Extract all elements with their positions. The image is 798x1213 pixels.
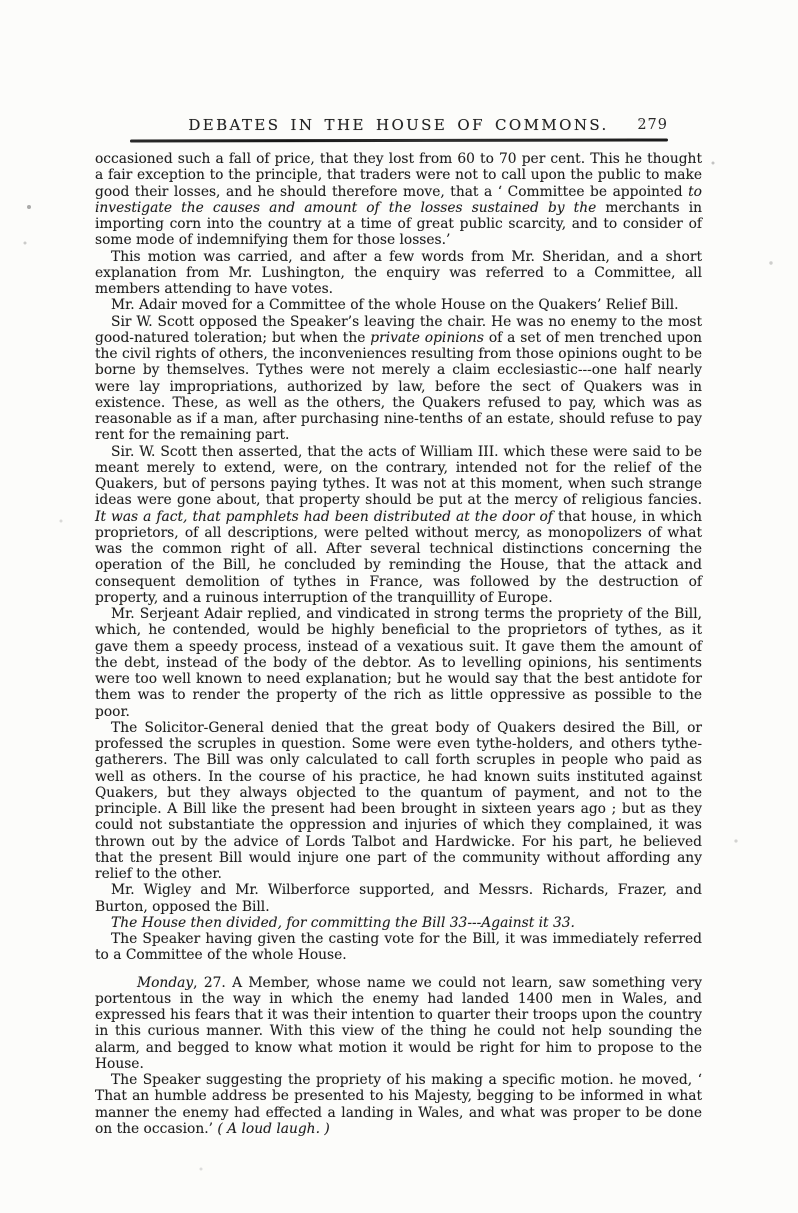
text-run: Mr. Wigley and Mr. Wilberforce supported… [95,882,702,914]
text-run: The Speaker having given the casting vot… [95,931,702,963]
paragraph-p7: The Solicitor-General denied that the gr… [95,720,702,883]
italic-text-run: It was a fact, that pamphlets had been d… [95,509,553,525]
paragraph-p8: Mr. Wigley and Mr. Wilberforce supported… [95,882,702,915]
paragraph-p1: occasioned such a fall of price, that th… [95,151,702,249]
italic-text-run: ( A loud laugh. ) [217,1121,329,1137]
text-run: The Solicitor-General denied that the gr… [95,720,702,882]
running-title: DEBATES IN THE HOUSE OF COMMONS. [95,116,702,134]
paragraph-p2: This motion was carried, and after a few… [95,249,702,298]
paragraph-p3: Mr. Adair moved for a Committee of the w… [95,297,702,313]
italic-text-run: Monday [137,975,193,991]
paragraph-p6: Mr. Serjeant Adair replied, and vindicat… [95,606,702,720]
header-rule [130,138,668,142]
page-number: 279 [637,117,668,133]
italic-text-run: The House then divided, for committing t… [111,915,575,931]
text-run: of a set of men trenched upon the civil … [95,330,702,444]
page-body: occasioned such a fall of price, that th… [95,151,702,1137]
text-run: Mr. Serjeant Adair replied, and vindicat… [95,606,702,720]
paragraph-p11: Monday, 27. A Member, whose name we coul… [95,975,702,1073]
page-header: DEBATES IN THE HOUSE OF COMMONS. 279 [95,116,702,136]
text-run: The Speaker suggesting the propriety of … [95,1072,702,1137]
text-run: Mr. Adair moved for a Committee of the w… [111,297,679,313]
paragraph-p10: The Speaker having given the casting vot… [95,931,702,964]
scan-speckles [0,0,2,2]
text-run: Sir. W. Scott then asserted, that the ac… [95,444,702,509]
paragraph-p9: The House then divided, for committing t… [95,915,702,931]
text-run: occasioned such a fall of price, that th… [95,151,702,200]
paragraph-p12: The Speaker suggesting the propriety of … [95,1072,702,1137]
text-run: This motion was carried, and after a few… [95,249,702,298]
paragraph-p4: Sir W. Scott opposed the Speaker’s leavi… [95,314,702,444]
italic-text-run: private opinions [370,330,484,346]
paragraph-p5: Sir. W. Scott then asserted, that the ac… [95,444,702,607]
book-page: DEBATES IN THE HOUSE OF COMMONS. 279 occ… [0,0,798,1213]
